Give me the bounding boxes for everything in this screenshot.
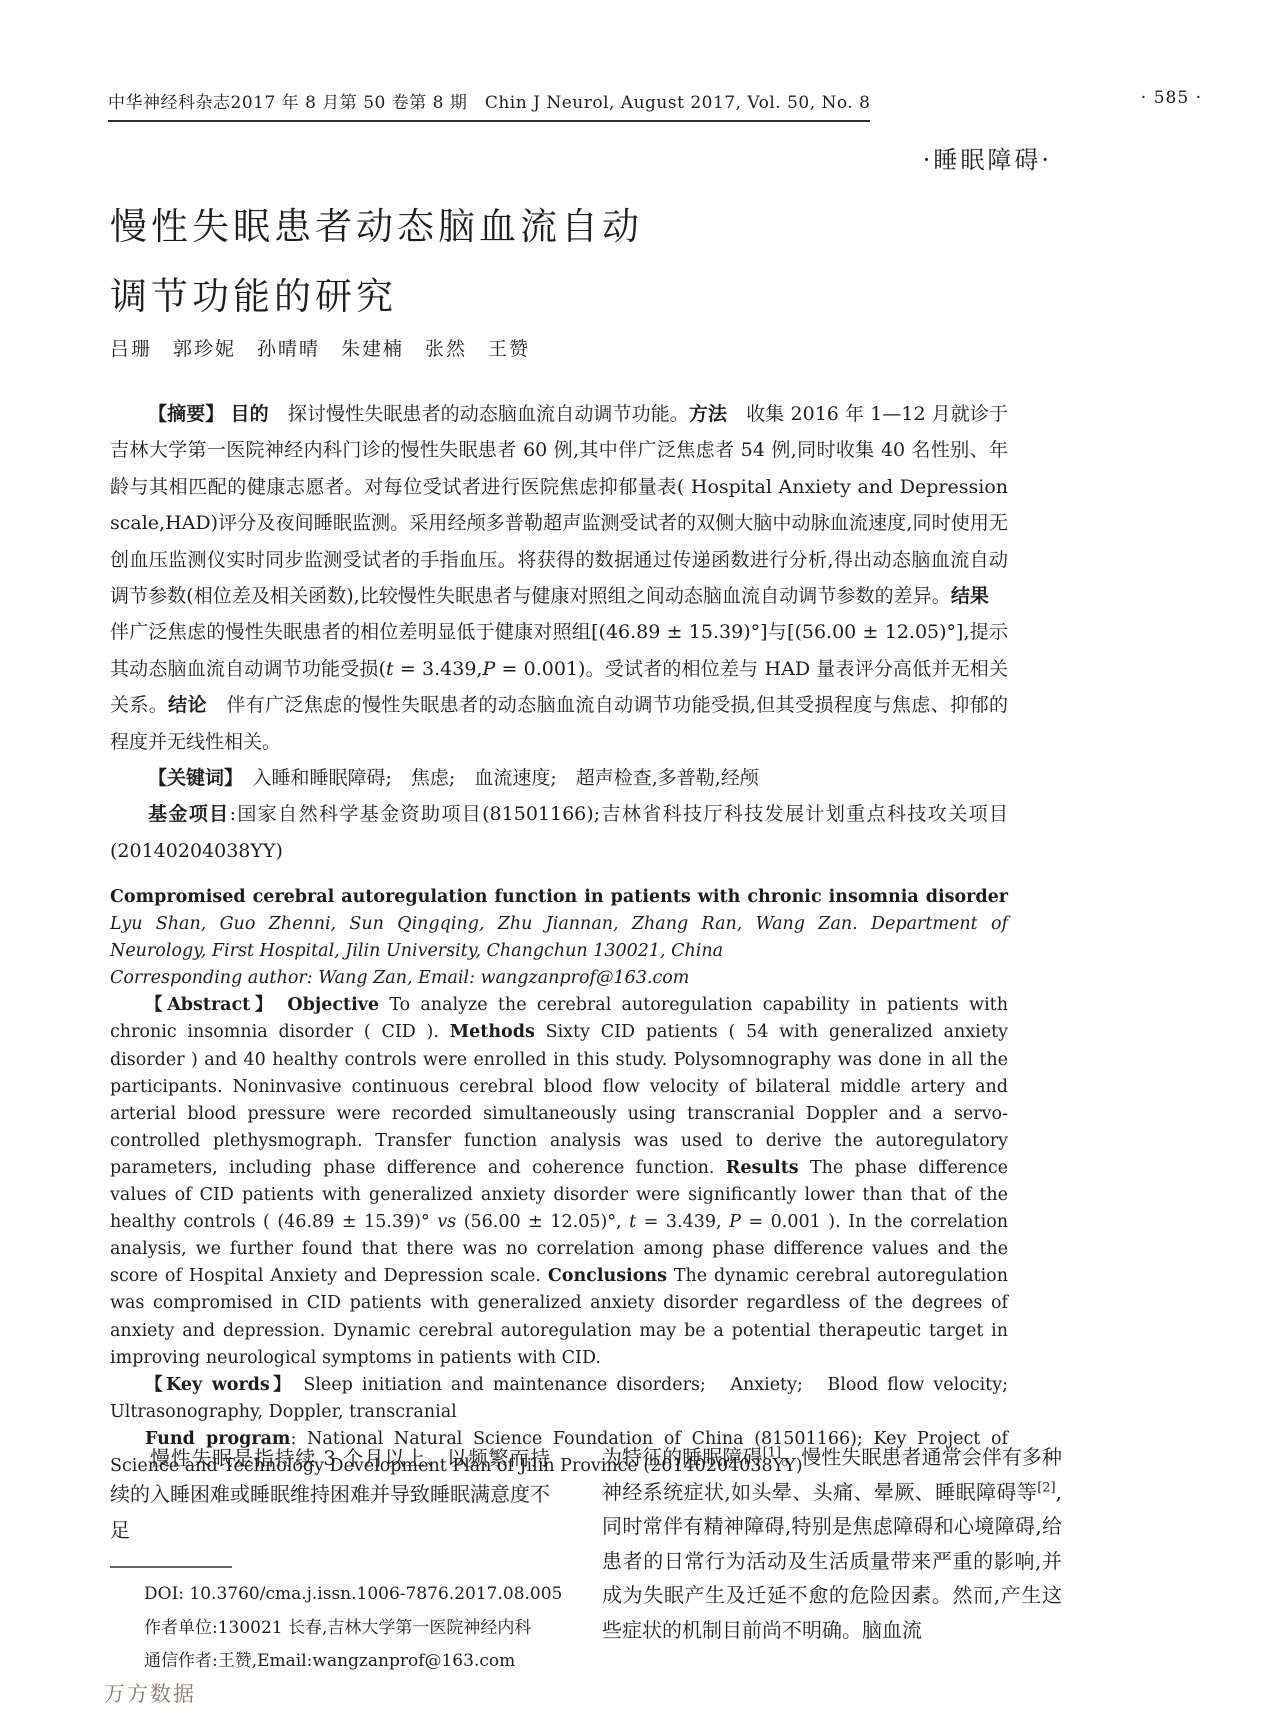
section-label: ·睡眠障碍· (923, 140, 1052, 175)
body-column-right: 为特征的睡眠障碍[1]。慢性失眠患者通常会伴有多种神经系统症状,如头晕、头痛、晕… (602, 1440, 1062, 1648)
page-number: · 585 · (1141, 88, 1202, 108)
journal-page: 中华神经科杂志2017 年 8 月第 50 卷第 8 期 Chin J Neur… (0, 0, 1280, 1736)
fund-cn: 基金项目:国家自然科学基金资助项目(81501166);吉林省科技厅科技发展计划… (110, 796, 1008, 869)
abstract-cn: 【摘要】 目的 探讨慢性失眠患者的动态脑血流自动调节功能。方法 收集 2016 … (110, 396, 1008, 760)
page-header: 中华神经科杂志2017 年 8 月第 50 卷第 8 期 Chin J Neur… (108, 88, 1202, 122)
body-paragraph-left: 慢性失眠是指持续 3 个月以上、以频繁而持续的入睡困难或睡眠维持困难并导致睡眠满… (110, 1440, 550, 1548)
footnote-block: DOI: 10.3760/cma.j.issn.1006-7876.2017.0… (110, 1578, 550, 1679)
english-corresponding-author: Corresponding author: Wang Zan, Email: w… (110, 965, 1008, 992)
body-paragraph-right: 为特征的睡眠障碍[1]。慢性失眠患者通常会伴有多种神经系统症状,如头晕、头痛、晕… (602, 1440, 1062, 1648)
correspondence-line: 通信作者:王赞,Email:wangzanprof@163.com (144, 1645, 550, 1679)
article-title-line-1: 慢性失眠患者动态脑血流自动 (110, 192, 643, 262)
footnote-rule (110, 1566, 232, 1568)
affiliation-line: 作者单位:130021 长春,吉林大学第一医院神经内科 (144, 1612, 550, 1646)
english-title-authors: Compromised cerebral autoregulation func… (110, 884, 1008, 965)
author-list: 吕珊 郭珍妮 孙晴晴 朱建楠 张然 王赞 (110, 334, 530, 361)
journal-issue-line: 中华神经科杂志2017 年 8 月第 50 卷第 8 期 Chin J Neur… (108, 88, 870, 122)
article-title: 慢性失眠患者动态脑血流自动 调节功能的研究 (110, 192, 643, 332)
body-column-left: 慢性失眠是指持续 3 个月以上、以频繁而持续的入睡困难或睡眠维持困难并导致睡眠满… (110, 1440, 550, 1679)
chinese-abstract-block: 【摘要】 目的 探讨慢性失眠患者的动态脑血流自动调节功能。方法 收集 2016 … (110, 396, 1008, 869)
article-title-line-2: 调节功能的研究 (110, 262, 643, 332)
keywords-cn: 【关键词】 入睡和睡眠障碍; 焦虑; 血流速度; 超声检查,多普勒,经颅 (110, 760, 1008, 796)
english-abstract-block: Compromised cerebral autoregulation func… (110, 884, 1008, 1480)
keywords-en: 【Key words】 Sleep initiation and mainten… (110, 1372, 1008, 1426)
doi-line: DOI: 10.3760/cma.j.issn.1006-7876.2017.0… (144, 1578, 550, 1612)
abstract-en: 【Abstract】 Objective To analyze the cere… (110, 992, 1008, 1371)
wanfang-watermark: 万方数据 (104, 1678, 196, 1708)
